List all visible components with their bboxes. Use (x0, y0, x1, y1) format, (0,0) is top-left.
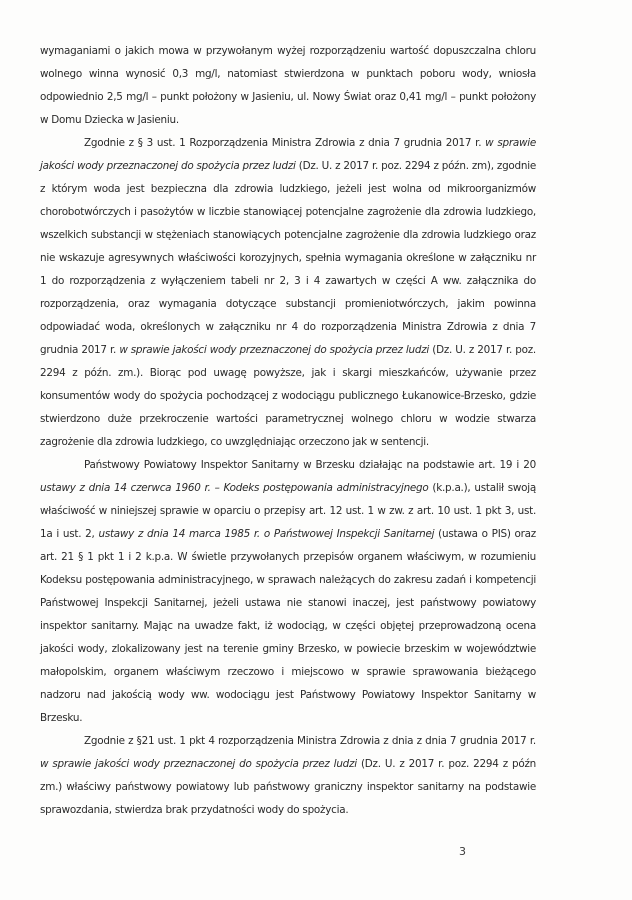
text-run: Zgodnie z § 3 ust. 1 Rozporządzenia Mini… (84, 137, 485, 149)
paragraph: Państwowy Powiatowy Inspektor Sanitarny … (40, 454, 536, 730)
italic-citation: w sprawie jakości wody przeznaczonej do … (40, 758, 357, 770)
paragraph: wymaganiami o jakich mowa w przywołanym … (40, 40, 536, 132)
page-number: 3 (459, 845, 466, 858)
text-run: Zgodnie z §21 ust. 1 pkt 4 rozporządzeni… (84, 735, 536, 747)
text-run: Państwowy Powiatowy Inspektor Sanitarny … (84, 459, 536, 471)
italic-citation: ustawy z dnia 14 czerwca 1960 r. – Kodek… (40, 482, 429, 494)
italic-citation: w sprawie jakości wody przeznaczonej do … (119, 344, 429, 356)
paragraph: Zgodnie z §21 ust. 1 pkt 4 rozporządzeni… (40, 730, 536, 822)
italic-citation: ustawy z dnia 14 marca 1985 r. o Państwo… (98, 528, 434, 540)
text-run: (ustawa o PIS) oraz art. 21 § 1 pkt 1 i … (40, 528, 536, 724)
document-page: wymaganiami o jakich mowa w przywołanym … (40, 40, 536, 822)
text-run: wymaganiami o jakich mowa w przywołanym … (40, 45, 536, 126)
text-run: (Dz. U. z 2017 r. poz. 2294 z późn. zm),… (40, 160, 536, 356)
paragraph: Zgodnie z § 3 ust. 1 Rozporządzenia Mini… (40, 132, 536, 454)
text-run: (Dz. U. z 2017 r. poz. 2294 z późn. zm.)… (40, 344, 536, 448)
